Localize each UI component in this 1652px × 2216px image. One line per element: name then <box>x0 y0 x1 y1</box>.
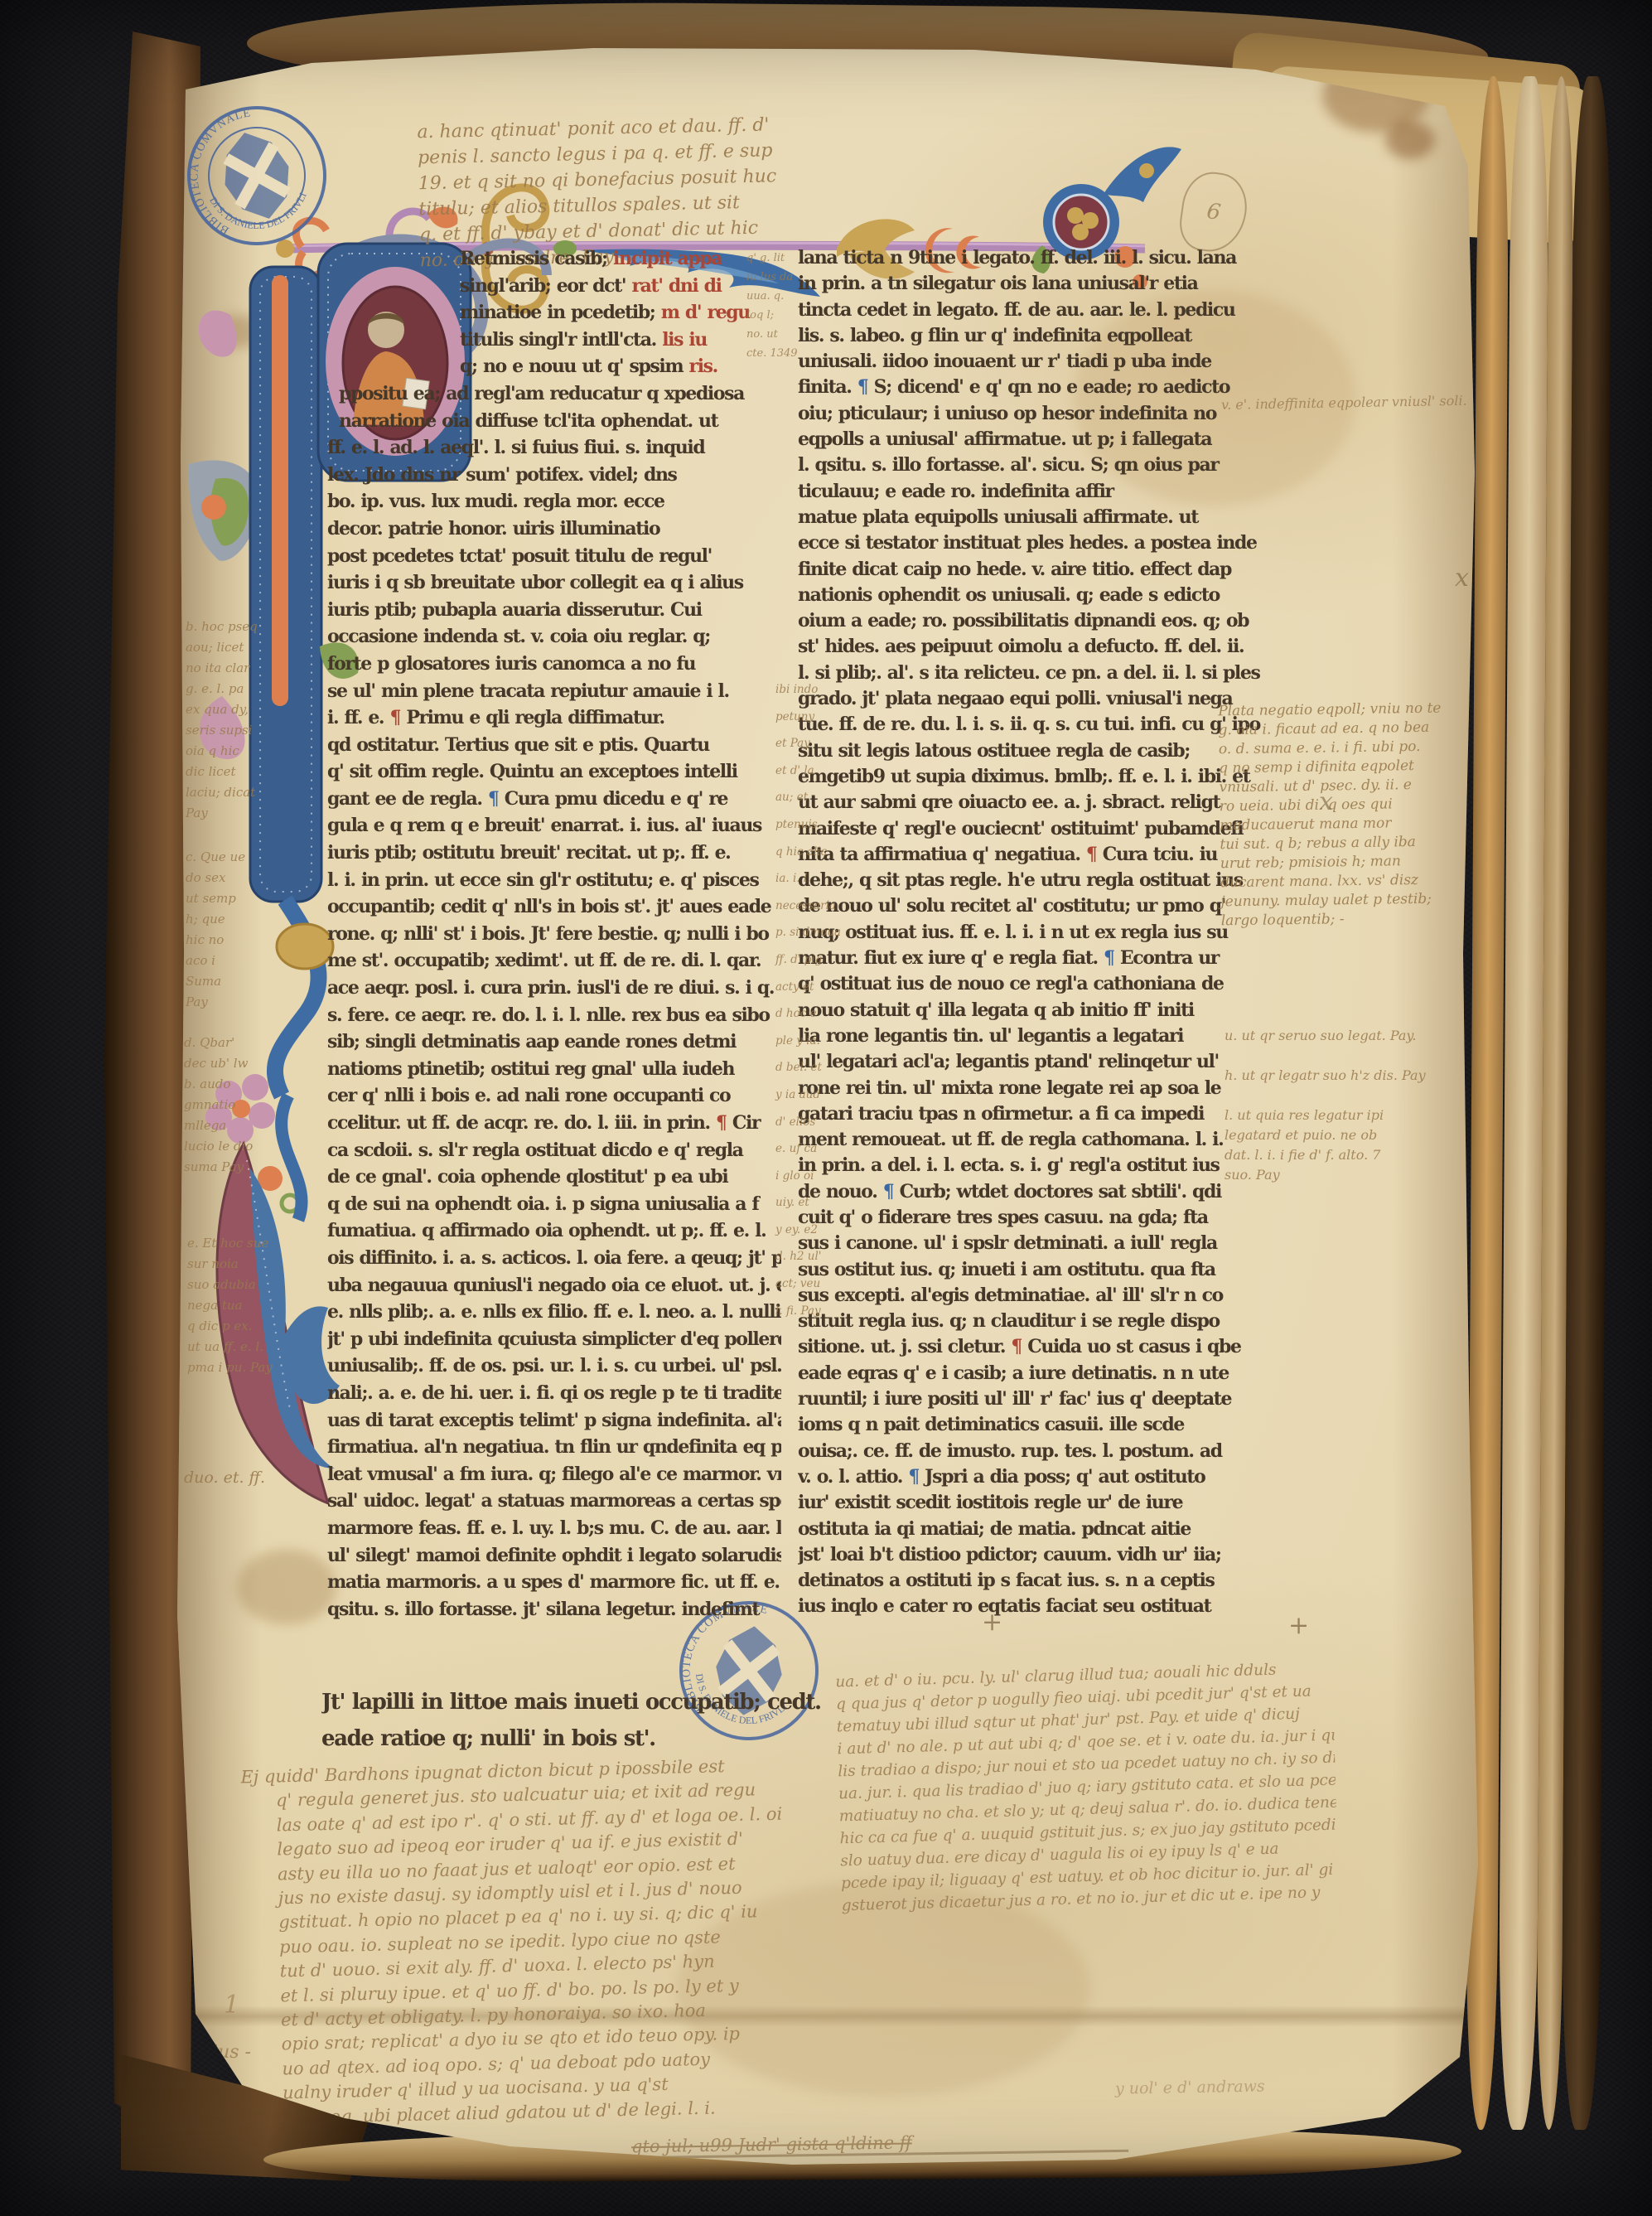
text-line: forte p glosatores iuris canomca a no fu <box>327 651 781 678</box>
text-line: natioms ptinetib; ostitui reg gnal' ulla… <box>327 1056 781 1083</box>
text-line: q' ostituat ius de nouo ce regl'a cathon… <box>798 971 1288 997</box>
text-line: acty et <box>775 974 840 1001</box>
text-line: aco i <box>186 951 293 971</box>
text-line: ut semp <box>186 888 293 909</box>
text-line: pma i pu. Pay <box>187 1357 295 1378</box>
text-line: c. Que ue <box>186 847 293 868</box>
text-line: iuris i q sb breuitate ubor collegit ea … <box>327 569 781 597</box>
text-line: d. Qbar' <box>184 1033 292 1053</box>
text-line: i glo oi <box>775 1163 840 1190</box>
text-line: maifeste q' regl'e ouciecnt' ostituimt' … <box>798 816 1288 842</box>
text-line: sal' uidoc. legat' a statuas marmoreas a… <box>327 1488 781 1515</box>
text-line: st' hides. aes peipuut oimolu a defucto.… <box>798 634 1288 660</box>
text-line: q de sui na ophendt oia. i. p signa uniu… <box>327 1191 781 1218</box>
text-line: et Pay <box>775 730 840 757</box>
left-margin-gloss-e: e. Et hoc suesur noiasuo adubianega tuaq… <box>187 1233 295 1378</box>
plus-mark: + <box>982 1608 1002 1637</box>
text-line: d hoc e <box>775 1000 840 1028</box>
text-line: dic licet <box>186 762 293 782</box>
text-column-1: Retmissis casib; incipit appasingl'arib;… <box>327 245 781 1623</box>
text-line: e. Et hoc sue <box>187 1233 295 1254</box>
text-line: uas di tarat exceptis telimt' p signa in… <box>327 1407 781 1435</box>
text-line: gmnatio <box>184 1095 292 1115</box>
text-line: laciu; dicat <box>186 782 293 803</box>
text-line: act; veu <box>775 1270 840 1298</box>
text-line: ul' legatari acl'a; legantis ptand' reli… <box>798 1049 1288 1075</box>
text-line: sur noia <box>187 1254 295 1275</box>
text-line: et d' la <box>775 757 840 785</box>
text-line: l. ut quia res legatur ipi <box>1225 1106 1498 1125</box>
left-margin-duo-note: duo. et. ff. <box>184 1468 265 1487</box>
text-line: ex qua dy, <box>186 699 293 720</box>
text-line: rone. q; nlli' st' i bois. Jt' fere best… <box>327 921 781 948</box>
text-line: firmatiua. al'n negatiua. tn flin ur qnd… <box>327 1434 781 1461</box>
plus-mark: + <box>1288 1611 1309 1640</box>
text-line: legatard et puio. ne ob <box>1225 1125 1498 1145</box>
text-line: d bel. et <box>775 1054 840 1081</box>
text-line: matue plata equipolls uniusali affirmate… <box>798 505 1288 530</box>
text-line: lex. Jdo dns nr sum' potifex. videl; dns <box>327 462 781 489</box>
stain <box>237 1550 336 1624</box>
text-line: g. e. l. pa <box>186 679 293 699</box>
text-line: uiy. et <box>775 1189 840 1217</box>
margin-numeral: 1 <box>224 1991 239 2020</box>
text-line: necessaria <box>775 893 840 920</box>
text-line: dehe;, q sit ptas regle. h'e utru regla … <box>798 868 1288 893</box>
text-line: y ia aud <box>775 1081 840 1109</box>
text-line: suo. Pay <box>1225 1165 1498 1185</box>
text-line: ff. e. l. ad. l. aeql'. l. si fuius fiui… <box>327 434 781 462</box>
text-line: suo adubia <box>187 1275 295 1295</box>
faint-bottom-right-note: y uol' e d' andraws <box>1115 2077 1265 2097</box>
text-line: se ul' min plene tracata repiutur amauie… <box>327 678 781 705</box>
text-line: leat vmusal' a fm iura. q; filego al'e c… <box>327 1461 781 1488</box>
text-line: petuny <box>775 704 840 731</box>
text-line: iur' existit scedit iostitois regle ur' … <box>798 1490 1288 1516</box>
text-line: l. si plib;. al'. s ita relicteu. ce pn.… <box>798 660 1288 686</box>
text-line: ace aeqr. posl. i. cura prin. iusl'i de … <box>327 975 781 1002</box>
text-column-2: lana ticta n 9tine i legato. ff. del. ii… <box>798 245 1288 1620</box>
right-margin-gloss: Plata negatio eqpoll; vniu no teg. oia i… <box>1218 699 1495 931</box>
right-margin-gloss-items: u. ut qr seruo suo legat. Pay. h. ut qr … <box>1225 1026 1498 1185</box>
text-line: nuq; ostituat ius. ff. e. l. i. i n ut e… <box>798 920 1288 946</box>
intercolumn-gloss: ibi indopetunyet Payet d' laau; etptenui… <box>775 676 840 1324</box>
text-line: eqpolls a uniusal' affirmatue. ut p; i f… <box>798 427 1288 452</box>
text-line: Pay <box>186 803 293 824</box>
text-line: ca scdoii. s. sl'r regla ostituat dicdo … <box>327 1137 781 1164</box>
text-line <box>1225 1086 1498 1106</box>
text-line: narratione oia diffuse tcl'ita ophendat.… <box>339 408 781 435</box>
text-line: ruuntil; i iure positi ul' ill' r' fac' … <box>798 1386 1288 1412</box>
text-line: iu lus da <box>746 268 813 287</box>
text-line: d' ellos <box>775 1109 840 1136</box>
text-line: sib; singli detminatis aap eande rones d… <box>327 1028 781 1056</box>
text-line: y ey. e2 <box>775 1217 840 1244</box>
text-line: ia. i. l. <box>775 865 840 893</box>
text-line: s. fere. ce aeqr. re. do. l. i. l. nlle.… <box>327 1002 781 1029</box>
text-line: jst' loai b't distioo pdictor; cauum. vi… <box>798 1542 1288 1568</box>
text-line: q; no e nouu ut q' spsim ris. <box>460 353 781 380</box>
circular-doodle: 6 <box>1176 168 1252 256</box>
text-line: nita ta affirmatiua q' negatiua. ¶ Cura … <box>798 842 1288 868</box>
text-line: dat. l. i. i fie d' f. alto. 7 <box>1225 1145 1498 1165</box>
text-line: rone rei tin. ul' mixta rone legate rei … <box>798 1076 1288 1101</box>
text-line: de nouo ul' solu recitet al' costitutu; … <box>798 893 1288 919</box>
text-line: suma Pay <box>184 1157 292 1178</box>
text-line: iuris ptib; ostitutu breuit' recitat. ut… <box>327 839 781 867</box>
text-line: de ce gnal'. coia ophende qlostitut' p e… <box>327 1164 781 1191</box>
text-line: lucio le dio <box>184 1136 292 1157</box>
manuscript-photo: BIBLIOTECA COMVNALE DI S. DANIELE DEL FR… <box>0 0 1652 2216</box>
text-line: oium a eade; ro. possibilitatis dipnandi… <box>798 608 1288 634</box>
text-line: eade eqras q' e i casib; a iure detinati… <box>798 1361 1288 1386</box>
text-line: finite dicat caip no hede. v. aire titio… <box>798 557 1288 583</box>
text-line: do sex <box>186 868 293 888</box>
text-line: ioms q n pait detiminatics casuii. ille … <box>798 1412 1288 1438</box>
manuscript-page: BIBLIOTECA COMVNALE DI S. DANIELE DEL FR… <box>162 41 1483 2168</box>
text-line: ccelitur. ut ff. de acqr. re. do. l. iii… <box>327 1110 781 1137</box>
text-line: u. ut qr seruo suo legat. Pay. <box>1225 1026 1498 1046</box>
text-line: mllega <box>184 1115 292 1136</box>
text-line: q dic p ex. <box>187 1316 295 1337</box>
text-line: h. ut qr legatr suo h'z dis. Pay <box>1225 1066 1498 1086</box>
text-line: post pcedetes tctat' posuit titulu de re… <box>327 543 781 570</box>
struck-through-line: qto jul; u99 Judr' gista q'ldine ff <box>631 2130 1128 2159</box>
text-line: emgetib9 ut supia diximus. bmlb;. ff. e.… <box>798 764 1288 790</box>
text-line: jt' p ubi indefinita qcuiusta simplicter… <box>327 1326 781 1353</box>
text-line: iuris ptib; pubapla auaria disserutur. C… <box>327 597 781 624</box>
text-line: tincta cedet in legato. ff. de au. aar. … <box>798 298 1288 323</box>
text-line: nega tua <box>187 1295 295 1316</box>
text-line: cer q' nlli i bois e. ad nali rone occup… <box>327 1082 781 1110</box>
text-line: in prin. a tn silegatur ois lana uniusal… <box>798 271 1288 297</box>
text-line: nali;. a. e. de hi. uer. i. fi. qi os re… <box>327 1380 781 1407</box>
text-line: sus excepti. al'egis detminatiae. al' il… <box>798 1283 1288 1309</box>
text-line: au; et <box>775 784 840 811</box>
text-line: ppositu ea; ad regl'am reducatur q xpedi… <box>339 380 781 408</box>
text-line: aou; licet <box>186 637 293 658</box>
text-line: matia marmoris. a u spes d' marmore fic.… <box>327 1569 781 1596</box>
stain <box>1385 121 1435 159</box>
text-line: l. i. in prin. ut ecce sin gl'r ostitutu… <box>327 867 781 894</box>
text-line: dec ub' lw <box>184 1053 292 1074</box>
text-line: lia rone legantis tin. ul' legantis a le… <box>798 1023 1288 1049</box>
text-line: q hic alic <box>775 839 840 866</box>
text-line: b. audo <box>184 1074 292 1095</box>
text-line: b. hoc pseq <box>186 617 293 637</box>
text-line: nouo statuit q' illa legata q ab initio … <box>798 998 1288 1023</box>
text-line: marmore feas. ff. e. l. uy. l. b;s mu. C… <box>327 1515 781 1542</box>
text-line: sus i canone. ul' i spslr detminati. a i… <box>798 1231 1288 1256</box>
text-line: uniusalib;. ff. de os. psi. ur. l. i. s.… <box>327 1352 781 1380</box>
margin-x-mark: x <box>1455 564 1469 593</box>
text-line: ptenuis <box>775 811 840 839</box>
text-line: no ita clar <box>186 658 293 679</box>
left-margin-gloss-d: d. Qbar'dec ub' lwb. audogmnatiomllegalu… <box>184 1033 292 1178</box>
text-line: q' sit offim regle. Quintu an exceptoes … <box>327 758 781 786</box>
text-line: gula e q rem q e breuit' enarrat. i. ius… <box>327 812 781 839</box>
text-line: bo. ip. vus. lux mudi. regla mor. ecce <box>327 488 781 515</box>
text-line: ouisa;. ce. ff. de imusto. rup. tes. l. … <box>798 1439 1288 1464</box>
text-line: occasione indenda st. v. coia oiu reglar… <box>327 623 781 651</box>
text-line: uua. q. <box>746 287 813 306</box>
text-line: ostituta ia qi matiai; de matia. pdncat … <box>798 1517 1288 1542</box>
text-line: minatioe in pcedetib; m d' regu <box>460 299 781 327</box>
text-line: situ sit legis latous ostituee regla de … <box>798 738 1288 764</box>
text-line: oia q hic <box>186 741 293 762</box>
text-line: ut aur sabmi qre oiuacto ee. a. j. sbrac… <box>798 790 1288 815</box>
text-line: hic no <box>186 930 293 951</box>
text-line: occupantib; cedit q' nll's in bois st'. … <box>327 893 781 921</box>
text-line: ecce si testator instituat ples hedes. a… <box>798 530 1288 556</box>
text-line: e. nlls plib;. a. e. nlls ex filio. ff. … <box>327 1299 781 1326</box>
text-line: gant ee de regla. ¶ Cura pmu dicedu e q'… <box>327 786 781 813</box>
text-line: ul' silegt' mamoi definite ophdit i lega… <box>327 1542 781 1570</box>
text-line: grado. jt' plata negaao equi polli. vniu… <box>798 686 1288 712</box>
text-line: gatari traciu tpas n ofirmetur. a fi ca … <box>798 1101 1288 1127</box>
text-line: uniusali. iidoo inouaent ur r' tiadi p u… <box>798 349 1288 375</box>
text-line: no. ut <box>746 325 813 344</box>
text-line: Pay <box>186 992 293 1013</box>
text-line: finita. ¶ S; dicend' e q' qn no e eade; … <box>798 375 1288 400</box>
text-line: ticulauu; e eade ro. indefinita affir <box>798 479 1288 505</box>
intercolumn-note-top: q' g. litiu lus dauua. q.loq l;no. utcte… <box>746 249 813 363</box>
left-margin-gloss-b: b. hoc pseqaou; licetno ita clarg. e. l.… <box>186 617 293 824</box>
text-line: seris supsi <box>186 720 293 741</box>
margin-x-mark: x <box>1319 787 1333 816</box>
text-line: titulis singl'r intll'cta. lis iu <box>460 327 781 354</box>
text-line: tue. ff. de re. du. l. i. s. ii. q. s. c… <box>798 712 1288 738</box>
text-line: cte. 1349 <box>746 344 813 363</box>
text-line: ff. d' pig <box>775 946 840 974</box>
text-line: qsitu. s. illo fortasse. jt' silana lege… <box>327 1596 781 1623</box>
text-line: singl'arib; eor dct' rat' dni di <box>460 273 781 300</box>
text-line: v. o. l. attio. ¶ Jspri a dia poss; q' a… <box>798 1464 1288 1490</box>
text-line: p. si dmoua <box>775 919 840 946</box>
text-line: detinatos a ostituti ip s facat ius. s. … <box>798 1568 1288 1594</box>
text-line: me st'. occupatib; xedimt'. ut ff. de re… <box>327 947 781 975</box>
left-margin-gloss-c: c. Que uedo sexut semph; quehic noaco iS… <box>186 847 293 1013</box>
text-line: ois diffinito. i. a. s. acticos. l. oia … <box>327 1245 781 1272</box>
text-line: uba negauua quniusl'i negado oia ce eluo… <box>327 1272 781 1299</box>
text-line: loq l; <box>746 306 813 325</box>
text-line: largo loquentib; - <box>1221 908 1495 931</box>
text-line: e. uf ca <box>775 1135 840 1163</box>
text-line: lis. s. labeo. g flin ur q' indefinita e… <box>798 323 1288 349</box>
text-line: oiu; pticulaur; i uniuso op hesor indefi… <box>798 401 1288 427</box>
text-line: sus ostitut ius. q; inueti i am ostitutu… <box>798 1257 1288 1283</box>
text-line: de nouo. ¶ Curb; wtdet doctores sat sbti… <box>798 1179 1288 1205</box>
text-line: nationis ophendit os uniusali. q; eade s… <box>798 583 1288 608</box>
text-line: ius inqlo e cater ro eqtatis faciat seu … <box>798 1594 1288 1619</box>
text-line: matur. fiut ex iure q' e regla fiat. ¶ E… <box>798 946 1288 971</box>
bottom-gloss-left: Ej quidd' Bardhons ipugnat dicton bicut … <box>240 1752 862 2131</box>
text-line: decor. patrie honor. uiris illuminatio <box>327 515 781 543</box>
text-line: qd ostitatur. Tertius que sit e ptis. Qu… <box>327 732 781 759</box>
text-line: Retmissis casib; incipit appa <box>460 245 781 273</box>
text-line: l. fi. Pay <box>775 1298 840 1325</box>
text-line: ple y ia. <box>775 1028 840 1055</box>
text-line: h; que <box>186 909 293 930</box>
text-line: stituit regla ius. q; n clauditur i se r… <box>798 1309 1288 1334</box>
text-line <box>1225 1046 1498 1066</box>
text-line: q' g. lit <box>746 249 813 268</box>
text-line: in prin. a del. i. l. ecta. s. i. g' reg… <box>798 1153 1288 1178</box>
text-line: ment remoueat. ut ff. de regla cathomana… <box>798 1127 1288 1153</box>
text-line: ut ua ff. e. l. <box>187 1337 295 1357</box>
sus-note: Sus - <box>205 2042 251 2063</box>
text-line: i. ff. e. ¶ Primu e qli regla diffimatur… <box>327 704 781 732</box>
text-line: l. qsitu. s. illo fortasse. al'. sicu. S… <box>798 452 1288 478</box>
bottom-gloss-right: ua. et d' o iu. pcu. ly. ul' clarug illu… <box>835 1657 1339 1918</box>
text-line: Suma <box>186 971 293 992</box>
text-line: fumatiua. q affirmado oia ophendt. ut p;… <box>327 1217 781 1245</box>
text-line: d. h2 ul' <box>775 1243 840 1270</box>
text-line: sitione. ut. j. ssi cletur. ¶ Cuida uo s… <box>798 1334 1288 1360</box>
text-line: cuit q' o fiderare tres spes casuu. na g… <box>798 1205 1288 1231</box>
text-line: ibi indo <box>775 676 840 704</box>
